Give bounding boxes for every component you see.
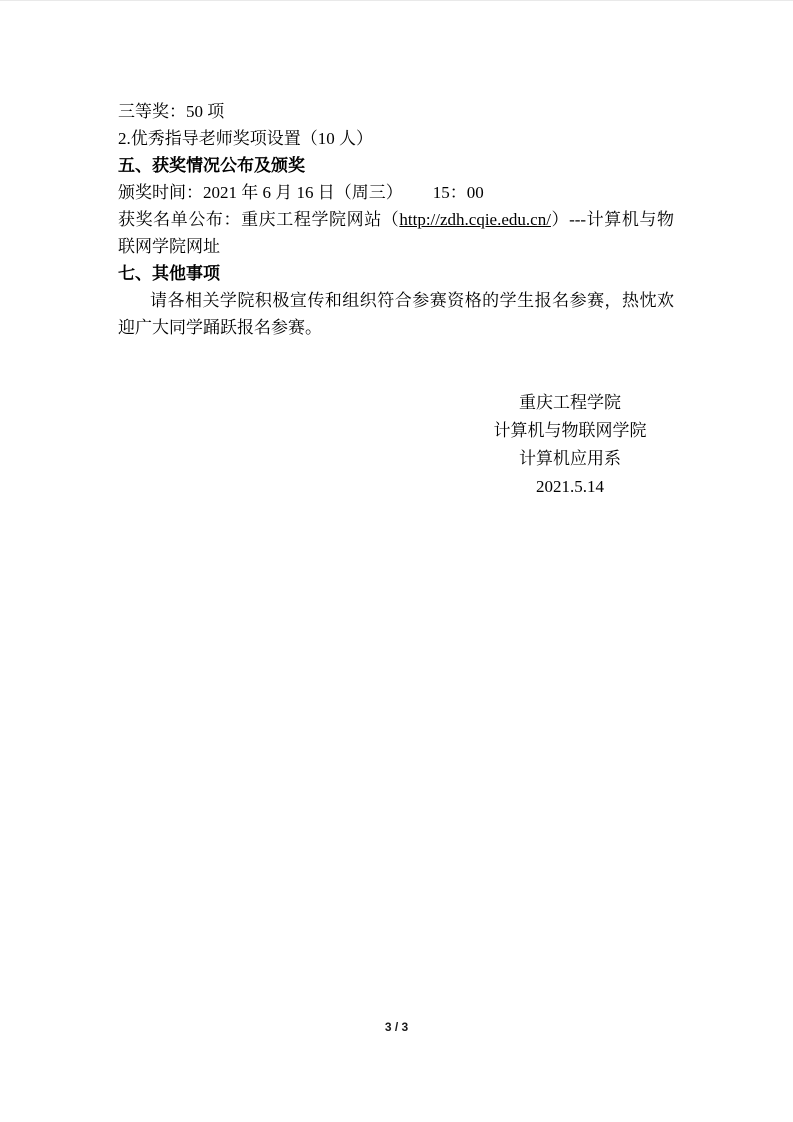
- ceremony-time-value: 15：00: [433, 183, 484, 202]
- section-seven-heading: 七、其他事项: [118, 260, 674, 287]
- document-page: 三等奖：50 项 2.优秀指导老师奖项设置（10 人） 五、获奖情况公布及颁奖 …: [0, 0, 793, 1122]
- ceremony-time-label: 颁奖时间：2021 年 6 月 16 日（周三）: [118, 183, 403, 202]
- signature-block: 重庆工程学院 计算机与物联网学院 计算机应用系 2021.5.14: [420, 389, 720, 501]
- signature-org-line3: 计算机应用系: [420, 445, 720, 473]
- teacher-award-line: 2.优秀指导老师奖项设置（10 人）: [118, 125, 674, 152]
- signature-org-line2: 计算机与物联网学院: [420, 417, 720, 445]
- award-announcement-line: 获奖名单公布：重庆工程学院网站（http://zdh.cqie.edu.cn/）…: [118, 206, 674, 260]
- signature-org-line1: 重庆工程学院: [420, 389, 720, 417]
- page-number-indicator: 3 / 3: [0, 1020, 793, 1034]
- third-prize-line: 三等奖：50 项: [118, 98, 674, 125]
- page-top-edge: [0, 0, 793, 1]
- signature-date: 2021.5.14: [420, 473, 720, 501]
- award-announcement-prefix: 获奖名单公布：重庆工程学院网站（: [118, 210, 399, 229]
- other-notes-paragraph: 请各相关学院积极宣传和组织符合参赛资格的学生报名参赛，热忱欢迎广大同学踊跃报名参…: [118, 287, 674, 341]
- section-five-heading: 五、获奖情况公布及颁奖: [118, 152, 674, 179]
- document-body: 三等奖：50 项 2.优秀指导老师奖项设置（10 人） 五、获奖情况公布及颁奖 …: [118, 98, 674, 341]
- award-site-link[interactable]: http://zdh.cqie.edu.cn/: [399, 210, 551, 229]
- ceremony-time-line: 颁奖时间：2021 年 6 月 16 日（周三）15：00: [118, 179, 674, 206]
